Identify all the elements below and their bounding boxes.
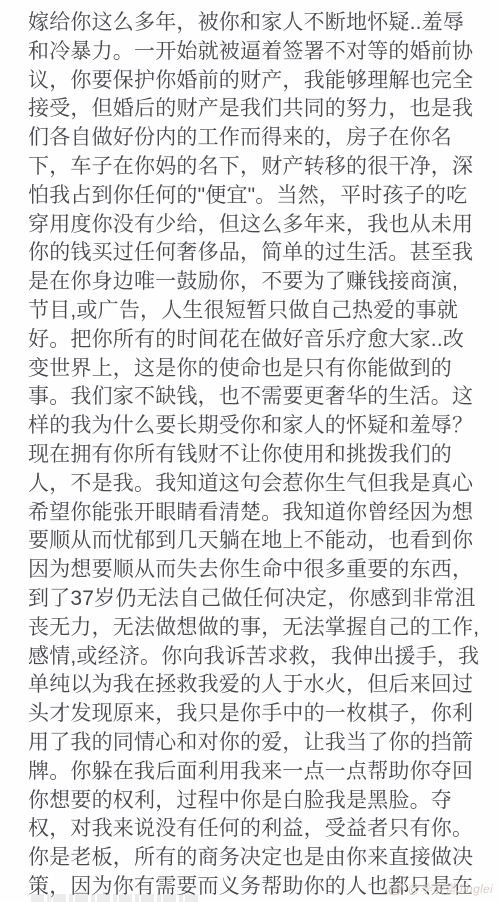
text-line: 要顺从而忧郁到几天躺在地上不能动，也看到你	[28, 527, 476, 556]
text-line: 穿用度你没有少给，但这么多年来，我也从未用	[28, 211, 476, 240]
cutoff-text-line	[31, 894, 199, 902]
text-line: 和冷暴力。一开始就被逼着签署不对等的婚前协	[28, 38, 476, 67]
text-line: 议，你要保护你婚前的财产，我能够理解也完全	[28, 67, 476, 96]
text-line: 到了37岁仍无法自己做任何决定，你感到非常沮	[28, 585, 476, 614]
text-line: 你的钱买过任何奢侈品，简单的过生活。甚至我	[28, 239, 476, 268]
text-line: 感情,或经济。你向我诉苦求救，我伸出援手，我	[28, 643, 476, 672]
text-line: 希望你能张开眼睛看清楚。我知道你曾经因为想	[28, 499, 476, 528]
text-line: 现在拥有你所有钱财不让你使用和挑拨我们的	[28, 441, 476, 470]
watermark: @李靓蕾Jinglei	[388, 880, 493, 897]
text-line: 节目,或广告，人生很短暂只做自己热爱的事就	[28, 297, 476, 326]
text-line: 嫁给你这么多年，被你和家人不断地怀疑..羞辱	[28, 9, 476, 38]
text-line: 丧无力，无法做想做的事，无法掌握自己的工作,	[28, 614, 476, 643]
text-line: 样的我为什么要长期受你和家人的怀疑和羞辱？	[28, 412, 476, 441]
text-line: 你想要的权利，过程中你是白脸我是黑脸。夺	[28, 787, 476, 816]
watermark-handle: @李靓蕾Jinglei	[407, 880, 493, 897]
letter-text: 嫁给你这么多年，被你和家人不断地怀疑..羞辱 和冷暴力。一开始就被逼着签署不对等…	[28, 9, 476, 902]
text-line: 权，对我来说没有任何的利益，受益者只有你。	[28, 815, 476, 844]
text-line: 变世界上，这是你的使命也是只有你能做到的	[28, 355, 476, 384]
text-line: 头才发现原来，我只是你手中的一枚棋子，你利	[28, 700, 476, 729]
text-line: 人，不是我。我知道这句会惹你生气但我是真心	[28, 470, 476, 499]
weibo-icon	[388, 882, 404, 896]
text-line: 事。我们家不缺钱，也不需要更奢华的生活。这	[28, 383, 476, 412]
text-line: 单纯以为我在拯救我爱的人于水火，但后来回过	[28, 671, 476, 700]
text-line: 因为想要顺从而失去你生命中很多重要的东西，	[28, 556, 476, 585]
text-line: 好。把你所有的时间花在做好音乐疗愈大家..改	[28, 326, 476, 355]
text-line: 牌。你躲在我后面利用我来一点一点帮助你夺回	[28, 758, 476, 787]
text-line: 接受，但婚后的财产是我们共同的努力，也是我	[28, 95, 476, 124]
text-line: 下，车子在你妈的名下，财产转移的很干净，深	[28, 153, 476, 182]
text-line: 是在你身边唯一鼓励你，不要为了赚钱接商演,	[28, 268, 476, 297]
text-line: 们各自做好份内的工作而得来的，房子在你名	[28, 124, 476, 153]
text-line: 你是老板，所有的商务决定也是由你来直接做决	[28, 844, 476, 873]
text-line: 怕我占到你任何的"便宜"。当然，平时孩子的吃	[28, 182, 476, 211]
text-line: 用了我的同情心和对你的爱，让我当了你的挡箭	[28, 729, 476, 758]
